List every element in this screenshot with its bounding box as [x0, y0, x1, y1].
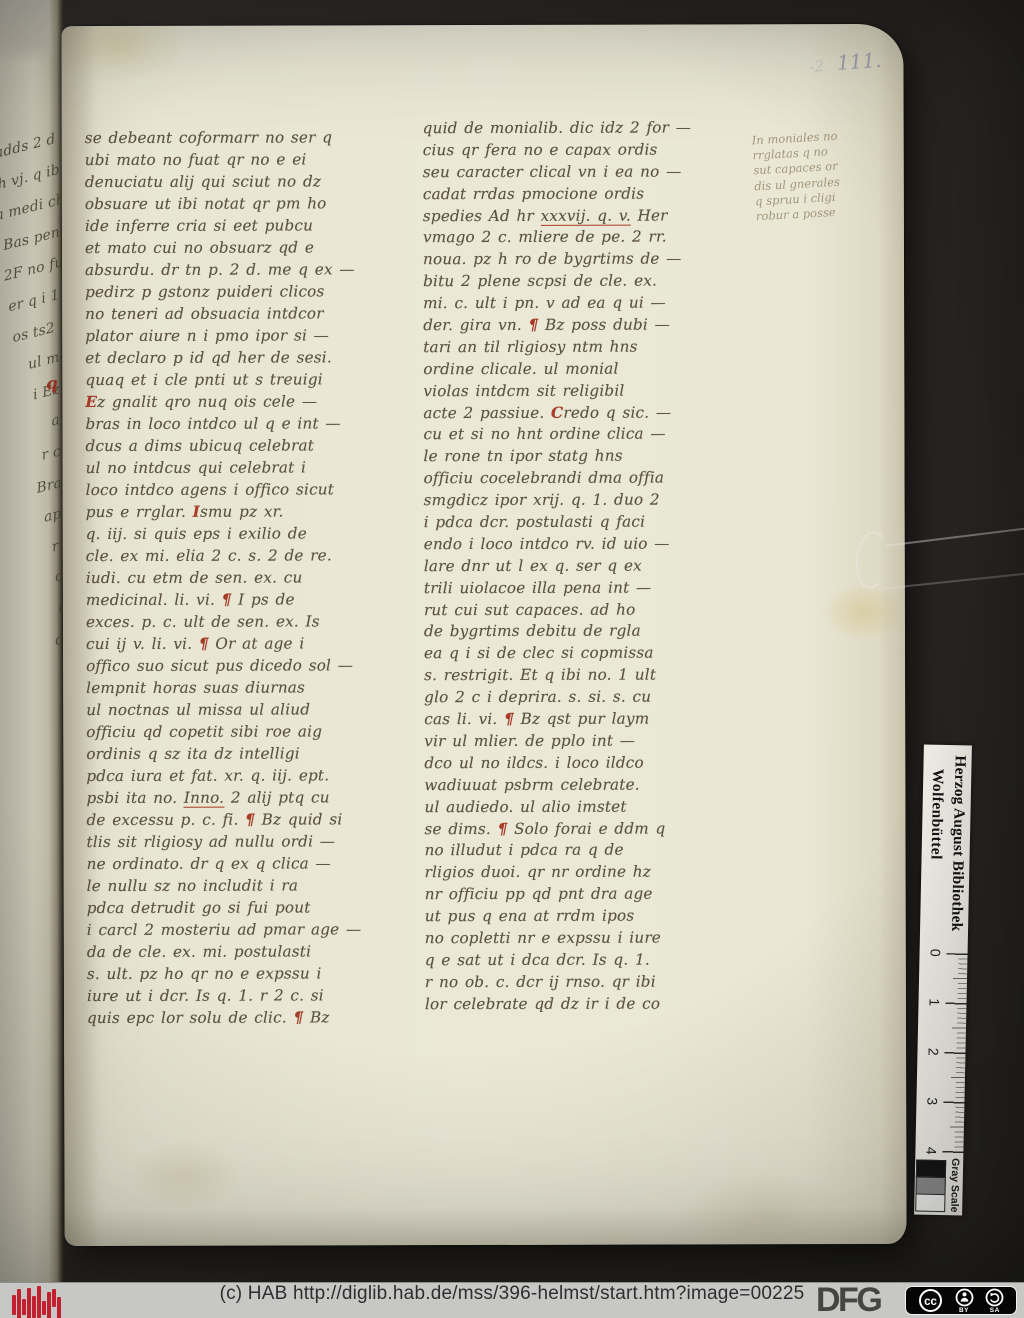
manuscript-line: exces. p. c. ult de sen. ex. Is: [86, 610, 408, 633]
page-number: -2 111.: [761, 48, 882, 81]
manuscript-line: iudi. cu etm de sen. ex. cu: [86, 566, 408, 589]
manuscript-line: dco ul no ildcs. i loco ildco: [424, 752, 754, 775]
manuscript-line: ubi mato no fuat qr no e ei: [85, 148, 407, 171]
color-calibration-ruler: Herzog August Bibliothek Wolfenbüttel 01…: [914, 745, 972, 1216]
cc-by-label: BY: [959, 1307, 969, 1314]
manuscript-line: ea q i si de clec si copmissa: [424, 643, 754, 666]
manuscript-line: ul no intdcus qui celebrat i: [86, 456, 408, 479]
footer-bar: (c) HAB http://diglib.hab.de/mss/396-hel…: [0, 1282, 1024, 1318]
manuscript-line: pedirz p gstonz puideri clicos: [85, 280, 407, 303]
manuscript-line: ul noctnas ul missa ul aliud: [86, 698, 408, 721]
ruler-cm-number: 4: [923, 1147, 939, 1155]
manuscript-line: de bygrtims debitu de rgla: [424, 621, 754, 644]
manuscript-line: dcus a dims ubicuq celebrat: [85, 434, 407, 457]
manuscript-line: i carcl 2 mosteriu ad pmar age —: [87, 918, 409, 941]
manuscript-line: le nullu sz no includit i ra: [87, 874, 409, 897]
manuscript-line: bras in loco intdco ul q e int —: [85, 412, 407, 435]
manuscript-line: ordinis q sz ita dz intelligi: [86, 742, 408, 765]
cc-sa-item: SA: [985, 1288, 1004, 1314]
manuscript-line: Ez gnalit qro nuq ois cele —: [85, 390, 407, 413]
manuscript-line: quid de monialib. dic idz 2 for —: [423, 117, 753, 140]
manuscript-line: vir ul mlier. de pplo int —: [424, 730, 754, 753]
manuscript-line: denuciatu alij qui sciut no dz: [85, 170, 407, 193]
page-number-value: 111.: [836, 48, 882, 75]
cc-sa-arrow-icon: [985, 1288, 1004, 1307]
manuscript-line: mi. c. ult i pn. v ad ea q ui —: [423, 292, 753, 315]
manuscript-line: psbi ita no. Inno. 2 alij ptq cu: [86, 786, 408, 809]
text-column-right: quid de monialib. dic idz 2 for —cius qr…: [423, 117, 755, 1015]
manuscript-line: ordine clicale. ul monial: [423, 358, 753, 381]
manuscript-line: se dims. ¶ Solo forai e ddm q: [424, 818, 754, 841]
manuscript-line: cle. ex mi. elia 2 c. s. 2 de re.: [86, 544, 408, 567]
manuscript-line: glo 2 c i deprira. s. si. s. cu: [424, 686, 754, 709]
rubric-gutter-mark: q: [46, 374, 58, 394]
verso-text-fragments: .adds 2 dh vj. q iba medi chBas pena2F n…: [0, 127, 64, 1057]
manuscript-line: ut pus q ena at rrdm ipos: [425, 905, 755, 928]
text-column-left: se debeant coformarr no ser qubi mato no…: [85, 126, 409, 1029]
manuscript-line: obsuare ut ibi notat qr pm ho: [85, 192, 407, 215]
gray-scale-swatch: [915, 1193, 945, 1212]
manuscript-line: cu et si no hnt ordine clica —: [423, 424, 753, 447]
manuscript-line: officiu qd copetit sibi roe aig: [86, 720, 408, 743]
manuscript-line: quis epc lor solu de clic. ¶ Bz: [87, 1006, 409, 1029]
manuscript-line: s. restrigit. Et q ibi no. 1 ult: [424, 665, 754, 688]
manuscript-line: plator aiure n i pmo ipor si —: [85, 324, 407, 347]
manuscript-line: medicinal. li. vi. ¶ I ps de: [86, 588, 408, 611]
institution-line-2: Wolfenbüttel: [927, 769, 947, 860]
manuscript-line: officiu cocelebrandi dma offia: [424, 468, 754, 491]
digitized-manuscript-photo: .adds 2 dh vj. q iba medi chBas pena2F n…: [0, 0, 1024, 1318]
manuscript-line: i pdca dcr. postulasti q faci: [424, 511, 754, 534]
manuscript-line: trili uiolacoe illa pena int —: [424, 577, 754, 600]
manuscript-line: pus e rrglar. Ismu pz xr.: [86, 500, 408, 523]
cc-icon: cc: [918, 1288, 943, 1313]
manuscript-line: iure ut i dcr. Is q. 1. r 2 c. si: [87, 984, 409, 1007]
ruler-cm-numbers: 01234: [919, 953, 943, 1153]
manuscript-line: nr officiu pp qd pnt dra age: [425, 883, 755, 906]
page-holder-wire: [884, 527, 1024, 547]
manuscript-line: noua. pz h ro de bygrtims de —: [423, 249, 753, 272]
gray-scale-swatch: [916, 1159, 946, 1178]
margin-annotation: In moniales norrglatas q nosut capaces o…: [751, 127, 874, 225]
manuscript-line: lare dnr ut l ex q. ser q ex: [424, 555, 754, 578]
manuscript-line: absurdu. dr tn p. 2 d. me q ex —: [85, 258, 407, 281]
previous-page-edge: .adds 2 dh vj. q iba medi chBas pena2F n…: [0, 0, 64, 1283]
manuscript-line: rligios duoi. qr nr ordine hz: [425, 862, 755, 885]
manuscript-line: tari an til rligiosy ntm hns: [423, 336, 753, 359]
manuscript-line: da de cle. ex. mi. postulasti: [87, 940, 409, 963]
manuscript-line: no illudut i pdca ra q de: [425, 840, 755, 863]
page-number-faint-marks: -2: [809, 57, 825, 76]
manuscript-line: wadiuuat psbrm celebrate.: [424, 774, 754, 797]
manuscript-page: -2 111. se debeant coformarr no ser qubi…: [61, 24, 906, 1246]
svg-text:cc: cc: [924, 1296, 937, 1308]
cc-license-badge: cc BY SA: [905, 1286, 1017, 1315]
ruler-cm-number: 0: [927, 949, 943, 957]
manuscript-line: cius qr fera no e capax ordis: [423, 139, 753, 162]
ruler-cm-number: 1: [926, 998, 942, 1006]
ruler-cm-ticks: [942, 953, 967, 1153]
manuscript-line: et mato cui no obsuarz qd e: [85, 236, 407, 259]
manuscript-line: pdca iura et fat. xr. q. iij. ept.: [86, 764, 408, 787]
manuscript-line: lor celebrate qd dz ir i de co: [425, 993, 755, 1016]
ruler-rotated-content: Herzog August Bibliothek Wolfenbüttel 01…: [914, 745, 972, 1216]
manuscript-line: ul audiedo. ul alio imstet: [424, 796, 754, 819]
manuscript-line: q. iij. si quis eps i exilio de: [86, 522, 408, 545]
manuscript-line: et declaro p id qd her de sesi.: [85, 346, 407, 369]
manuscript-line: cui ij v. li. vi. ¶ Or at age i: [86, 632, 408, 655]
manuscript-line: loco intdco agens i offico sicut: [86, 478, 408, 501]
manuscript-line: spedies Ad hr xxxvij. q. v. Her: [423, 205, 753, 228]
institution-line-1: Herzog August Bibliothek: [947, 755, 969, 932]
ruler-cm-number: 3: [924, 1097, 940, 1105]
manuscript-line: endo i loco intdco rv. id uio —: [424, 533, 754, 556]
gray-scale-label: Gray Scale: [948, 1157, 961, 1213]
cc-by-item: BY: [955, 1288, 974, 1314]
dfg-logo: DFG: [816, 1281, 880, 1318]
manuscript-line: vmago 2 c. mliere de pe. 2 rr.: [423, 227, 753, 250]
manuscript-line: r no ob. c. dcr ij rnso. qr ibi: [425, 971, 755, 994]
manuscript-line: lempnit horas suas diurnas: [86, 676, 408, 699]
cc-sa-label: SA: [990, 1307, 1000, 1314]
manuscript-line: no copletti nr e expssu i iure: [425, 927, 755, 950]
ruler-institution-name: Herzog August Bibliothek Wolfenbüttel: [920, 755, 972, 956]
manuscript-line: cas li. vi. ¶ Bz qst pur laym: [424, 708, 754, 731]
manuscript-line: se debeant coformarr no ser q: [85, 126, 407, 149]
manuscript-line: smgdicz ipor xrij. q. 1. duo 2: [424, 489, 754, 512]
manuscript-line: seu caracter clical vn i ea no —: [423, 161, 753, 184]
manuscript-line: no teneri ad obsuacia intdcor: [85, 302, 407, 325]
manuscript-line: tlis sit rligiosy ad nullu ordi —: [87, 830, 409, 853]
manuscript-line: le rone tn ipor statg hns: [424, 446, 754, 469]
cc-by-person-icon: [955, 1288, 974, 1307]
manuscript-line: q e sat ut i dca dcr. Is q. 1.: [425, 949, 755, 972]
manuscript-line: der. gira vn. ¶ Bz poss dubi —: [423, 314, 753, 337]
manuscript-line: ide inferre cria si eet pubcu: [85, 214, 407, 237]
gray-scale-patch: Gray Scale: [914, 1156, 963, 1213]
gray-scale-swatch: [916, 1176, 946, 1195]
manuscript-line: de excessu p. c. fi. ¶ Bz quid si: [86, 808, 408, 831]
manuscript-line: s. ult. pz ho qr no e expssu i: [87, 962, 409, 985]
manuscript-line: cadat rrdas pmocione ordis: [423, 183, 753, 206]
manuscript-line: pdca detrudit go si fui pout: [87, 896, 409, 919]
manuscript-line: rut cui sut capaces. ad ho: [424, 599, 754, 622]
manuscript-line: violas intdcm sit religibil: [423, 380, 753, 403]
manuscript-line: offico suo sicut pus dicedo sol —: [86, 654, 408, 677]
manuscript-line: quaq et i cle pnti ut s treuigi: [85, 368, 407, 391]
gray-scale-swatches: [915, 1159, 946, 1211]
manuscript-line: ne ordinato. dr q ex q clica —: [87, 852, 409, 875]
ruler-cm-number: 2: [925, 1048, 941, 1056]
manuscript-line: bitu 2 plene scpsi de cle. ex.: [423, 271, 753, 294]
manuscript-line: acte 2 passiue. Credo q sic. —: [423, 402, 753, 425]
